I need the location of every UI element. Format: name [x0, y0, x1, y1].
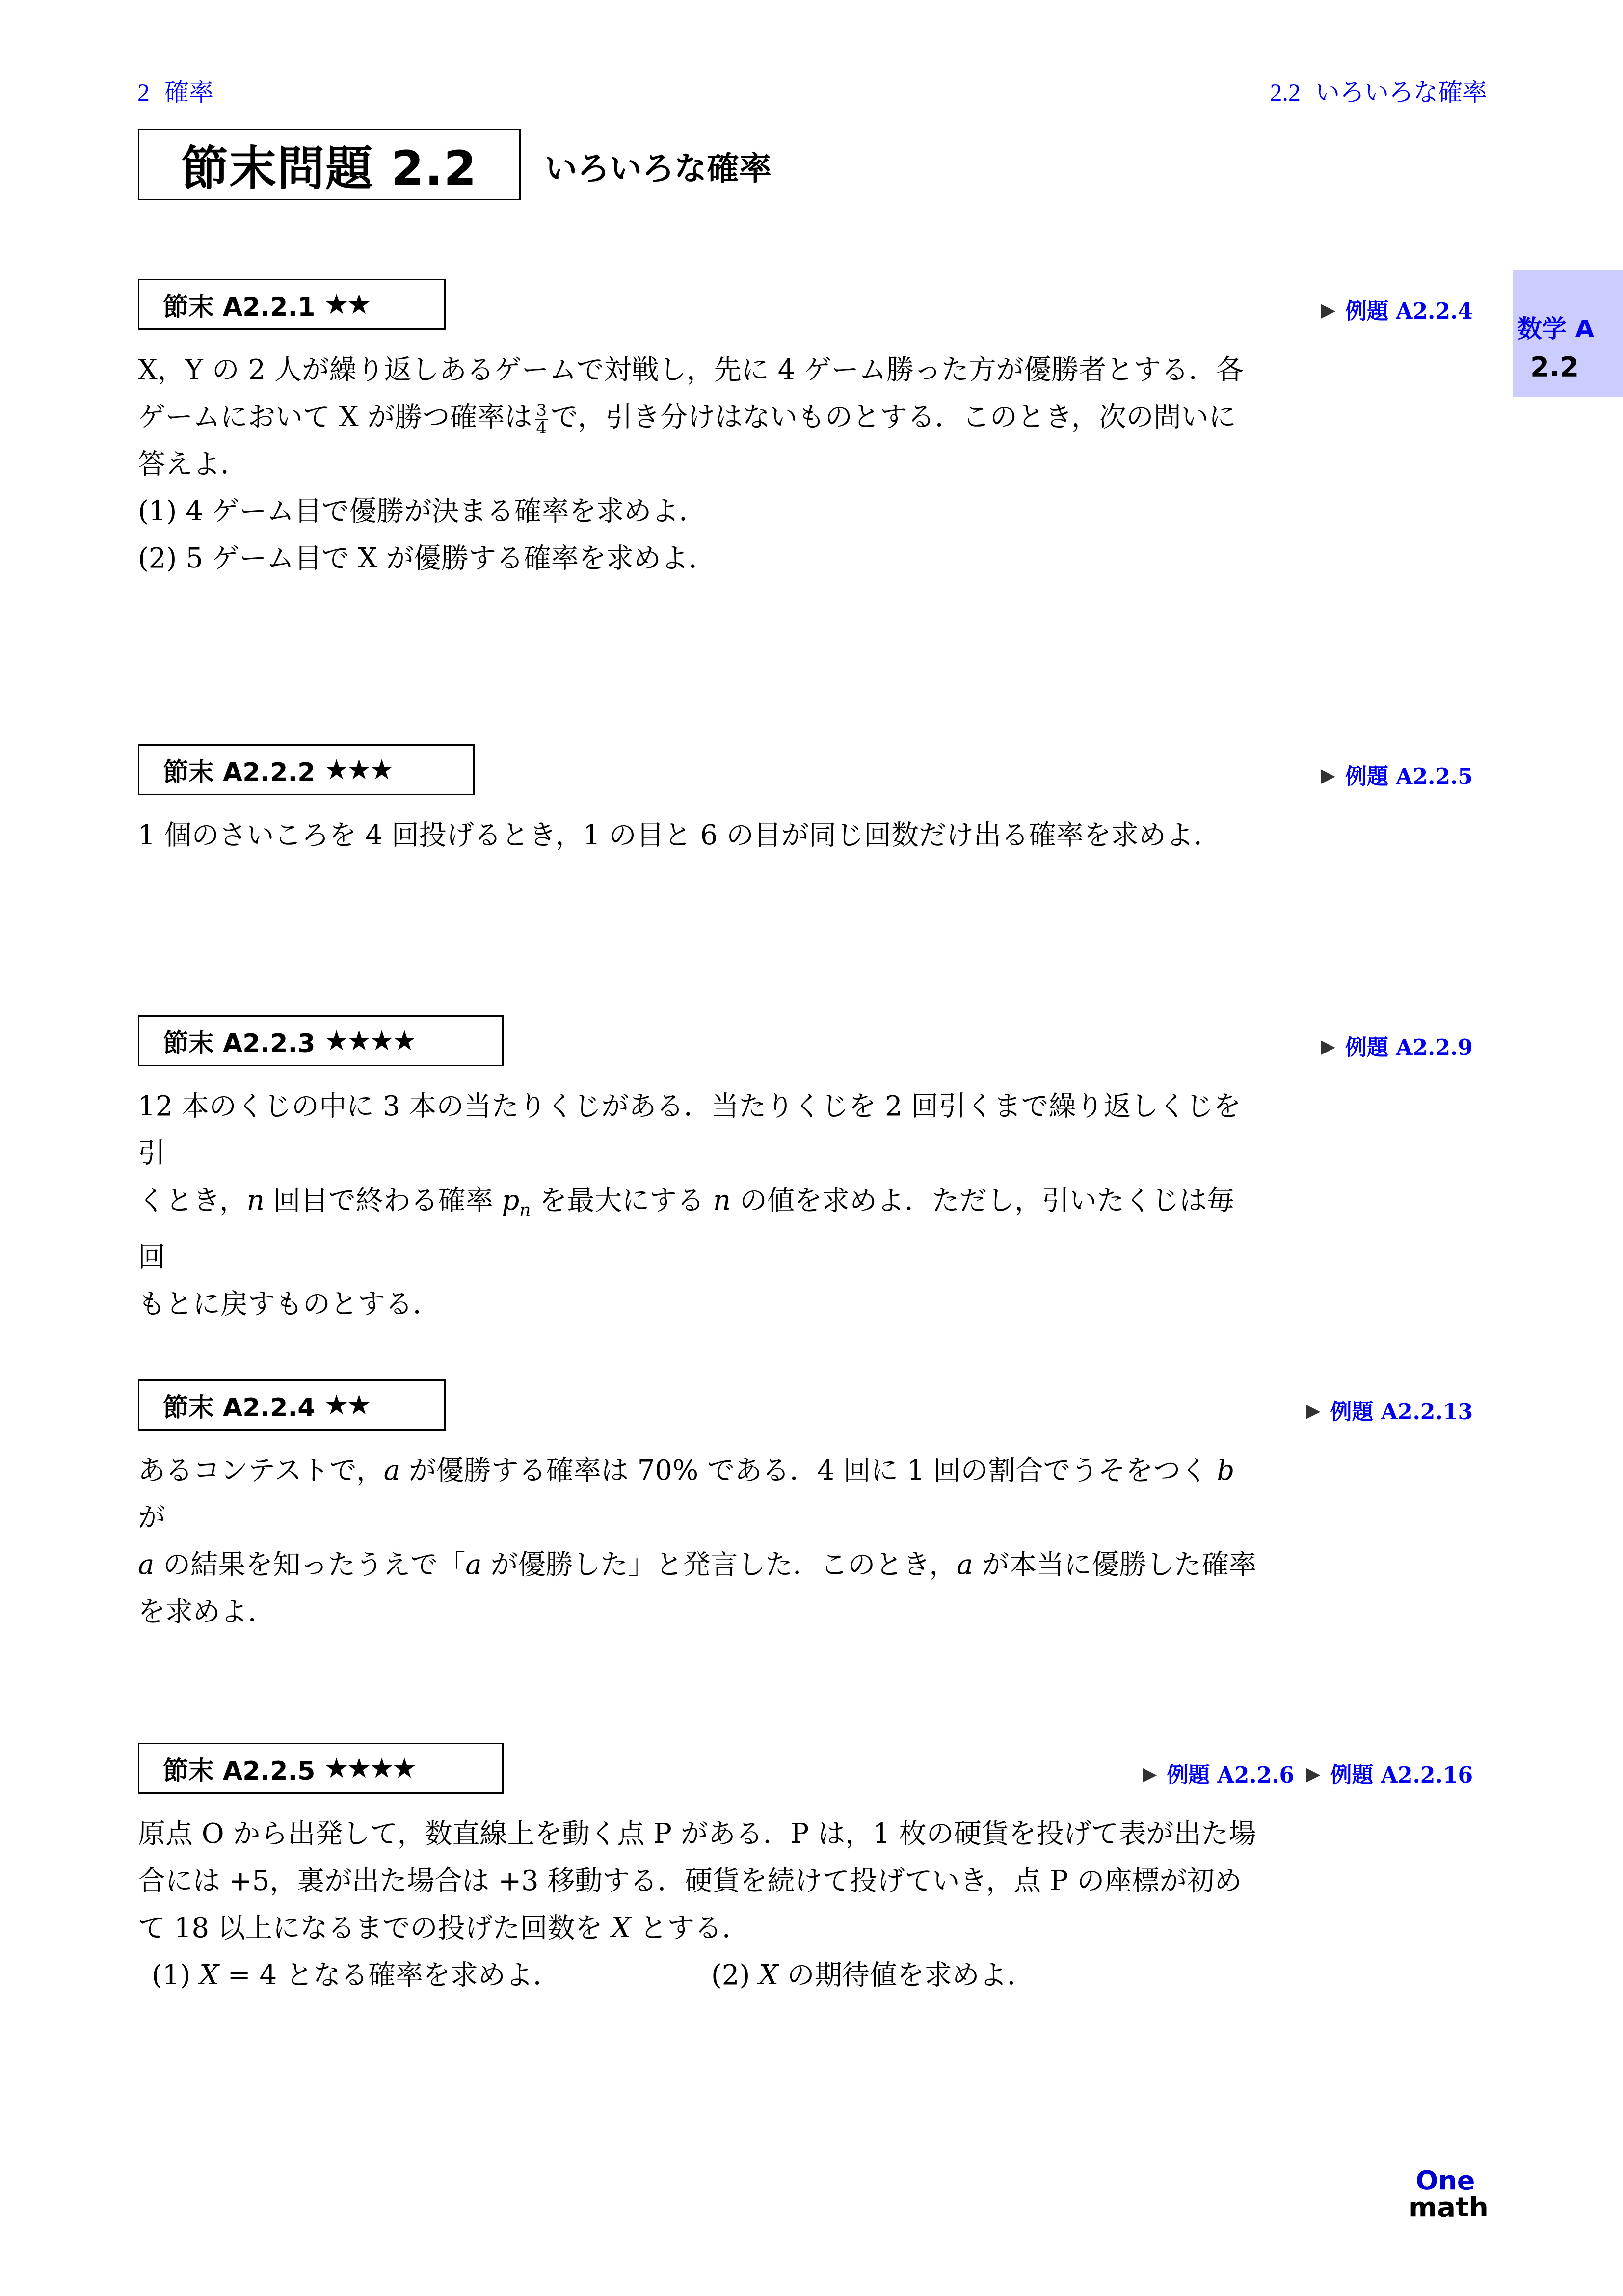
triangle-right-icon: ▶: [1321, 764, 1335, 786]
reference-label: 例題 A2.2.13: [1330, 1394, 1473, 1426]
section-subtitle: いろいろな確率: [545, 142, 772, 189]
math-var: a: [138, 1549, 154, 1581]
problem-a2-2-5: 節末 A2.2.5 ★★★★ ▶ 例題 A2.2.6 ▶ 例題 A2.2.16 …: [138, 1743, 1502, 1999]
section-title-box: 節末問題 2.2: [138, 129, 521, 200]
denominator: 4: [535, 420, 548, 436]
difficulty-stars: ★★★★: [324, 1753, 415, 1784]
reference-link[interactable]: ▶ 例題 A2.2.9: [1321, 1030, 1473, 1061]
subquestion-number: (2): [711, 1959, 759, 1991]
problem-label-text: 節末 A2.2.5: [163, 1750, 315, 1787]
text-span: = 4 となる確率を求めよ．: [219, 1959, 560, 1991]
subquestion-2: (2) X の期待値を求めよ．: [697, 1952, 1257, 1999]
reference-links: ▶ 例題 A2.2.13: [1306, 1394, 1473, 1426]
triangle-right-icon: ▶: [1306, 1762, 1320, 1784]
math-var: a: [957, 1549, 973, 1581]
math-var: b: [1217, 1455, 1234, 1486]
subquestion-number: (1): [152, 1959, 199, 1991]
reference-links: ▶ 例題 A2.2.4: [1321, 294, 1473, 325]
body-line: 12 本のくじの中に 3 本の当たりくじがある．当たりくじを 2 回引くまで繰り…: [138, 1083, 1257, 1177]
side-tab: 数学 A 2.2: [1513, 270, 1623, 397]
reference-label: 例題 A2.2.16: [1330, 1757, 1473, 1789]
reference-link[interactable]: ▶ 例題 A2.2.16: [1306, 1757, 1473, 1789]
reference-link[interactable]: ▶ 例題 A2.2.5: [1321, 759, 1473, 790]
text-span: ゲームにおいて X が勝つ確率は: [138, 401, 532, 433]
difficulty-stars: ★★: [324, 1389, 369, 1421]
section-title-link: いろいろな確率: [1315, 79, 1487, 106]
text-span: とする．: [631, 1912, 750, 1944]
math-var: X: [759, 1959, 778, 1991]
logo-top: One: [1409, 2167, 1482, 2194]
problem-label: 節末 A2.2.1 ★★: [138, 279, 446, 330]
math-var: p: [502, 1185, 519, 1216]
subquestion-1: (1) X = 4 となる確率を求めよ．: [138, 1952, 697, 1999]
body-line: を求めよ．: [138, 1589, 1257, 1636]
reference-links: ▶ 例題 A2.2.9: [1321, 1030, 1473, 1061]
text-span: を最大にする: [531, 1185, 714, 1216]
problem-label: 節末 A2.2.4 ★★: [138, 1379, 446, 1431]
problem-label-text: 節末 A2.2.1: [163, 286, 315, 323]
problem-body: X，Y の 2 人が繰り返しあるゲームで対戦し，先に 4 ゲーム勝った方が優勝者…: [138, 347, 1257, 582]
body-line: 1 個のさいころを 4 回投げるとき，1 の目と 6 の目が同じ回数だけ出る確率…: [138, 812, 1257, 859]
math-var: n: [247, 1185, 265, 1216]
page-title: 節末問題 2.2: [181, 131, 477, 198]
problem-body: 原点 O から出発して，数直線上を動く点 P がある．P は，1 枚の硬貨を投げ…: [138, 1810, 1257, 1999]
problem-a2-2-2: 節末 A2.2.2 ★★★ ▶ 例題 A2.2.5 1 個のさいころを 4 回投…: [138, 744, 1502, 859]
numerator: 3: [535, 402, 548, 420]
text-span: て 18 以上になるまでの投げた回数を: [138, 1912, 612, 1944]
problem-a2-2-1: 節末 A2.2.1 ★★ ▶ 例題 A2.2.4 X，Y の 2 人が繰り返しあ…: [138, 279, 1502, 582]
problem-label-text: 節末 A2.2.3: [163, 1023, 315, 1059]
text-span: 回目で終わる確率: [265, 1185, 502, 1216]
triangle-right-icon: ▶: [1143, 1762, 1157, 1784]
problem-body: あるコンテストで，a が優勝する確率は 70% である．4 回に 1 回の割合で…: [138, 1447, 1257, 1636]
fraction: 34: [535, 402, 548, 436]
side-tab-section: 2.2: [1530, 351, 1579, 383]
chapter-title: 確率: [164, 79, 213, 106]
reference-link[interactable]: ▶ 例題 A2.2.4: [1321, 294, 1473, 325]
problem-body: 12 本のくじの中に 3 本の当たりくじがある．当たりくじを 2 回引くまで繰り…: [138, 1083, 1257, 1328]
body-line: a の結果を知ったうえで「a が優勝した」と発言した．このとき，a が本当に優勝…: [138, 1541, 1257, 1589]
math-var: a: [384, 1455, 400, 1486]
difficulty-stars: ★★★: [324, 754, 392, 786]
running-head-right[interactable]: 2.2いろいろな確率: [1270, 73, 1488, 108]
subquestion-1: (1) 4 ゲーム目で優勝が決まる確率を求めよ．: [138, 488, 1257, 535]
side-tab-subject: 数学 A: [1517, 309, 1594, 345]
logo-bottom: math: [1409, 2194, 1482, 2221]
body-line: 答えよ．: [138, 441, 1257, 488]
triangle-right-icon: ▶: [1306, 1399, 1320, 1421]
body-line: ゲームにおいて X が勝つ確率は34で，引き分けはないものとする．このとき，次の…: [138, 394, 1257, 441]
problem-label: 節末 A2.2.5 ★★★★: [138, 1743, 504, 1794]
problem-label: 節末 A2.2.3 ★★★★: [138, 1015, 504, 1066]
reference-links: ▶ 例題 A2.2.5: [1321, 759, 1473, 790]
difficulty-stars: ★★: [324, 289, 369, 321]
text-span: くとき，: [138, 1185, 247, 1216]
chapter-number: 2: [137, 79, 150, 106]
math-var: n: [713, 1185, 731, 1216]
body-line: くとき，n 回目で終わる確率 pn を最大にする n の値を求めよ．ただし，引い…: [138, 1177, 1257, 1281]
text-span: が本当に優勝した確率: [973, 1549, 1257, 1581]
text-span: が優勝する確率は 70% である．4 回に 1 回の割合でうそをつく: [400, 1455, 1217, 1486]
running-head-left[interactable]: 2確率: [137, 73, 213, 108]
problem-label-text: 節末 A2.2.4: [163, 1387, 315, 1424]
reference-links: ▶ 例題 A2.2.6 ▶ 例題 A2.2.16: [1143, 1757, 1473, 1789]
reference-label: 例題 A2.2.4: [1345, 294, 1473, 325]
body-line: もとに戻すものとする．: [138, 1281, 1257, 1328]
body-line: X，Y の 2 人が繰り返しあるゲームで対戦し，先に 4 ゲーム勝った方が優勝者…: [138, 347, 1257, 394]
math-subscript: n: [519, 1200, 531, 1220]
onemath-logo: One math: [1409, 2167, 1482, 2221]
problem-body: 1 個のさいころを 4 回投げるとき，1 の目と 6 の目が同じ回数だけ出る確率…: [138, 812, 1257, 859]
triangle-right-icon: ▶: [1321, 298, 1335, 321]
subquestions: (1) X = 4 となる確率を求めよ． (2) X の期待値を求めよ．: [138, 1952, 1257, 1999]
difficulty-stars: ★★★★: [324, 1025, 415, 1057]
text-span: で，引き分けはないものとする．このとき，次の問いに: [551, 401, 1236, 433]
body-line: 合には +5，裏が出た場合は +3 移動する．硬貨を続けて投げていき，点 P の…: [138, 1858, 1257, 1905]
text-span: の結果を知ったうえで「: [154, 1549, 465, 1581]
text-span: が: [138, 1502, 165, 1534]
body-line: て 18 以上になるまでの投げた回数を X とする．: [138, 1905, 1257, 1952]
body-line: あるコンテストで，a が優勝する確率は 70% である．4 回に 1 回の割合で…: [138, 1447, 1257, 1541]
reference-label: 例題 A2.2.6: [1167, 1757, 1294, 1789]
subquestion-2: (2) 5 ゲーム目で X が優勝する確率を求めよ．: [138, 535, 1257, 582]
reference-link[interactable]: ▶ 例題 A2.2.6: [1143, 1757, 1294, 1789]
math-var: X: [199, 1959, 219, 1991]
reference-label: 例題 A2.2.5: [1345, 759, 1473, 790]
body-line: 原点 O から出発して，数直線上を動く点 P がある．P は，1 枚の硬貨を投げ…: [138, 1810, 1257, 1858]
reference-link[interactable]: ▶ 例題 A2.2.13: [1306, 1394, 1473, 1426]
section-number: 2.2: [1270, 79, 1301, 106]
problem-label: 節末 A2.2.2 ★★★: [138, 744, 475, 795]
text-span: が優勝した」と発言した．このとき，: [482, 1549, 957, 1581]
problem-label-text: 節末 A2.2.2: [163, 752, 315, 788]
text-span: あるコンテストで，: [138, 1455, 384, 1486]
problem-a2-2-3: 節末 A2.2.3 ★★★★ ▶ 例題 A2.2.9 12 本のくじの中に 3 …: [138, 1015, 1502, 1328]
text-span: の期待値を求めよ．: [778, 1959, 1035, 1991]
math-var: a: [465, 1549, 481, 1581]
math-var: X: [612, 1912, 631, 1944]
reference-label: 例題 A2.2.9: [1345, 1030, 1473, 1061]
problem-a2-2-4: 節末 A2.2.4 ★★ ▶ 例題 A2.2.13 あるコンテストで，a が優勝…: [138, 1379, 1502, 1636]
triangle-right-icon: ▶: [1321, 1035, 1335, 1057]
